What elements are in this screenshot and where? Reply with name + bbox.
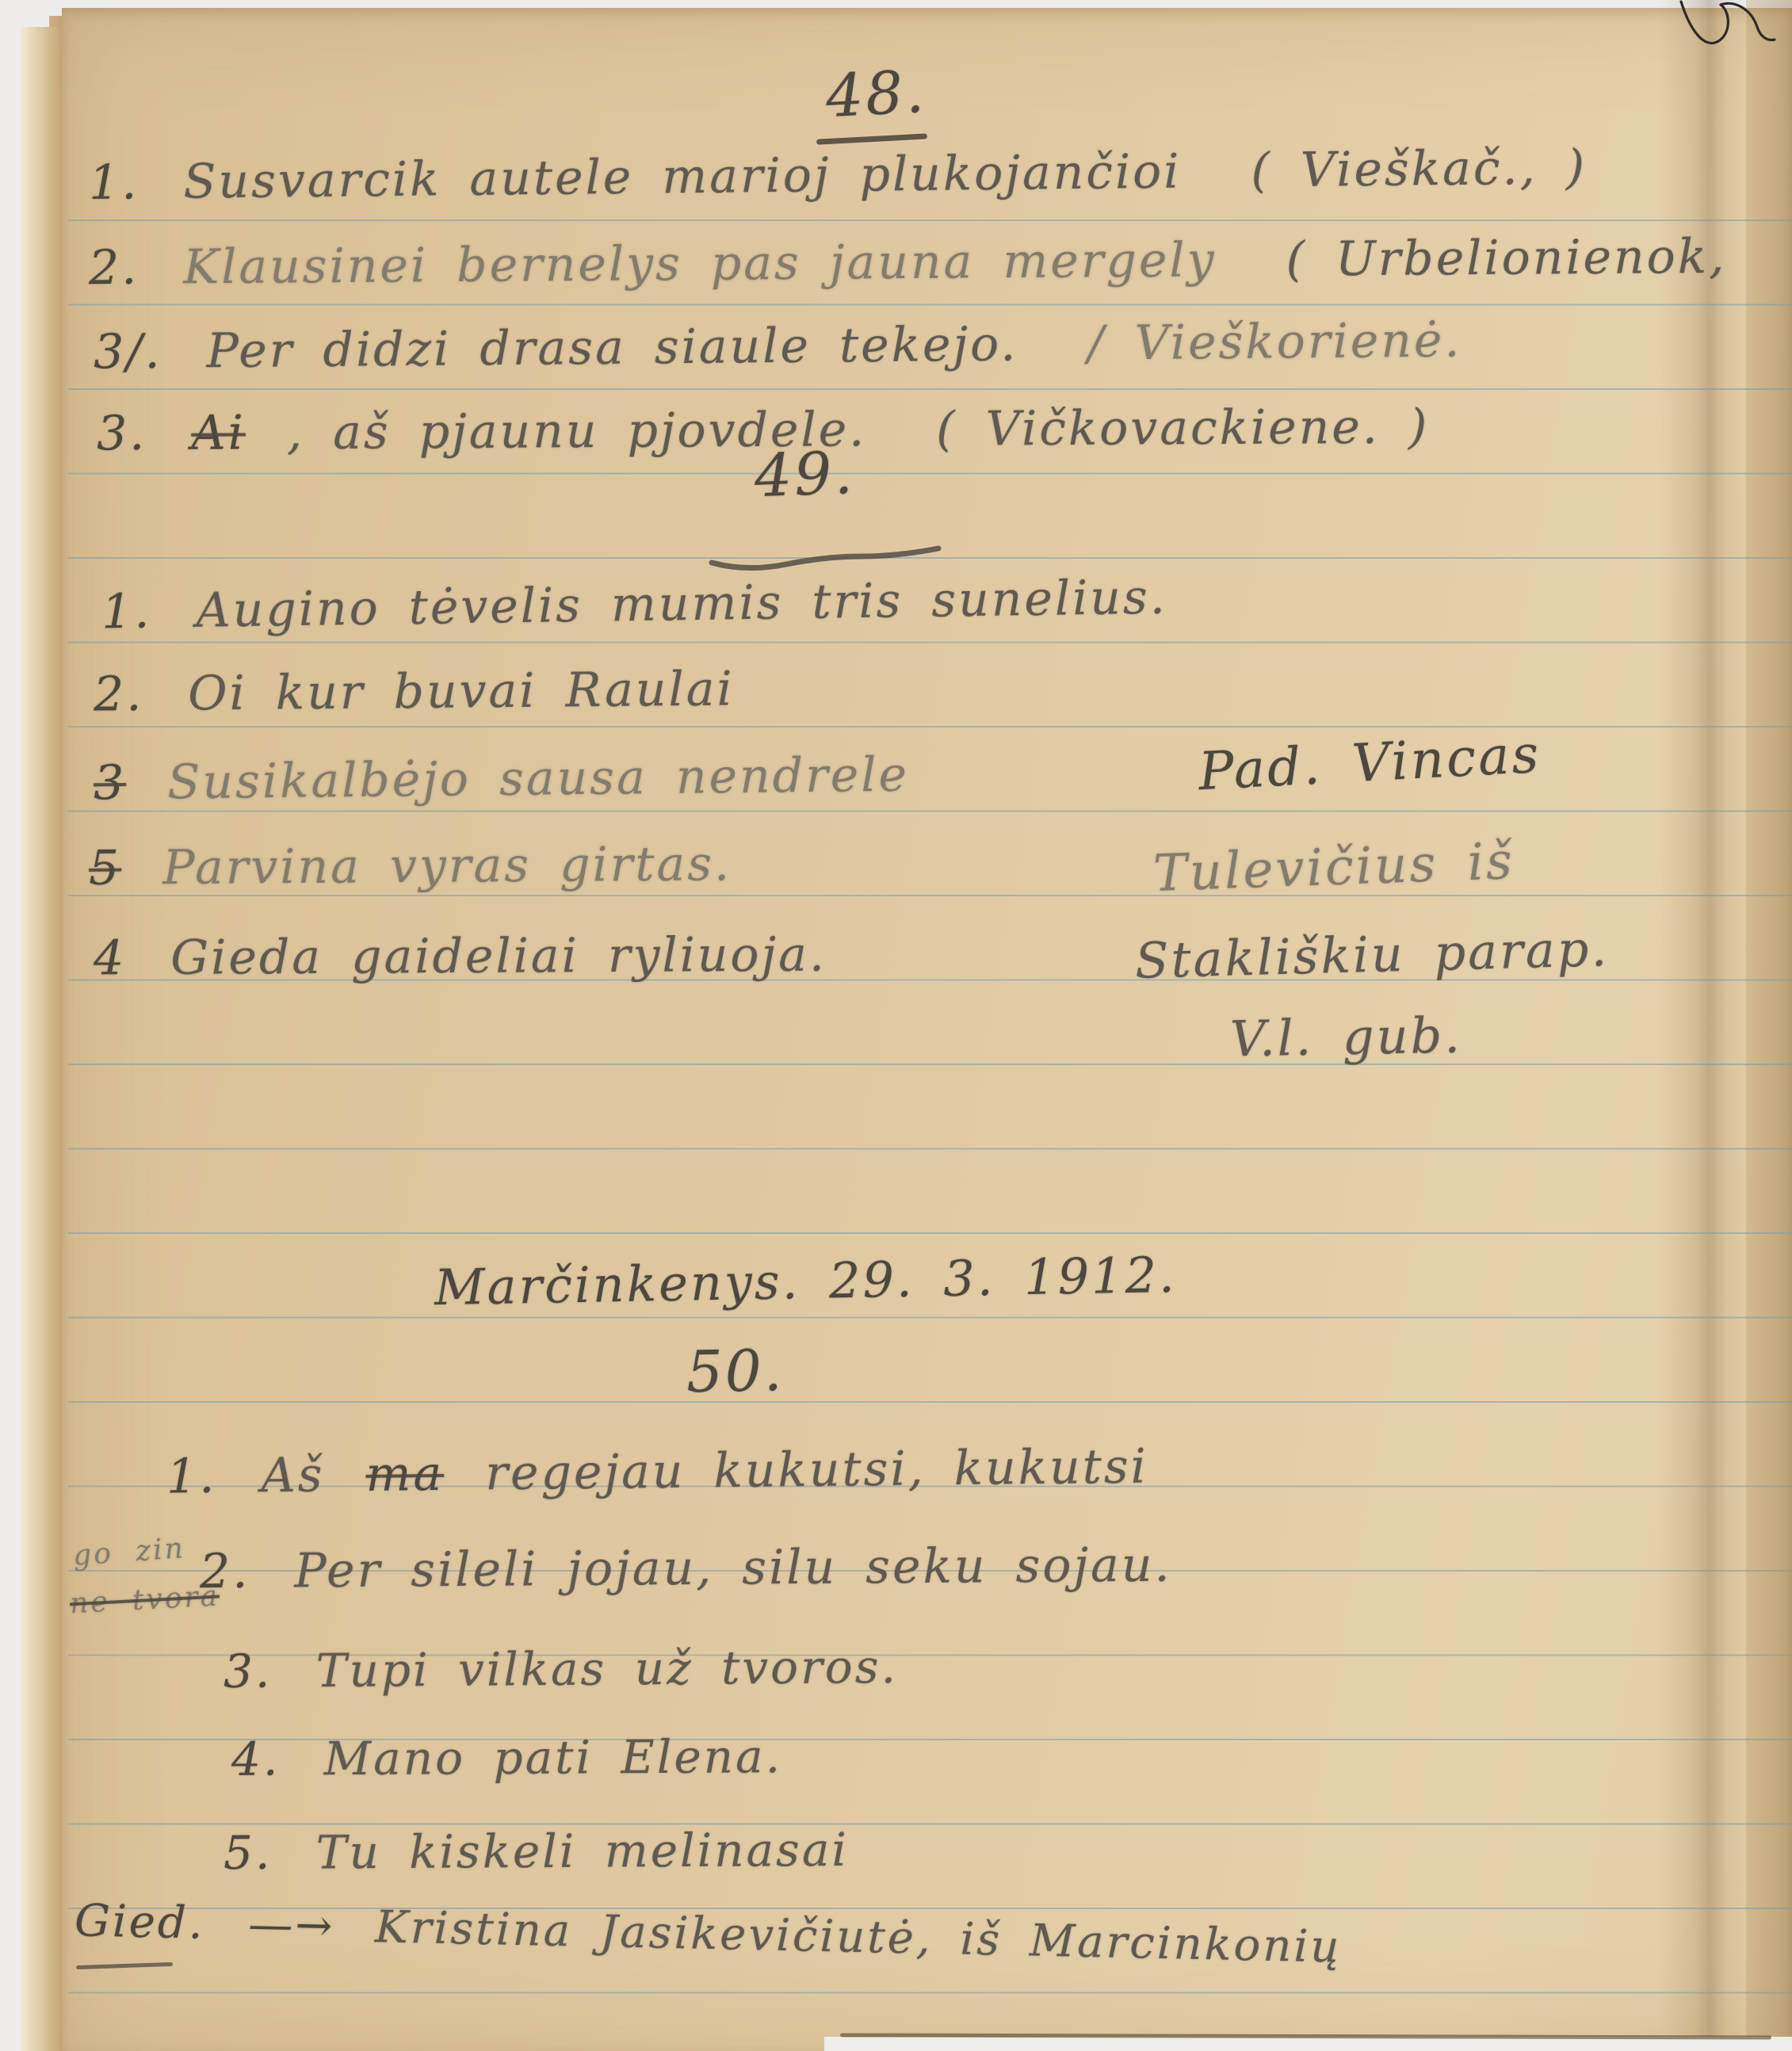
section-number-49: 49.	[754, 439, 857, 510]
wavy-underline	[707, 542, 945, 574]
ruled-lines	[68, 220, 1792, 1995]
item-number: 3.	[224, 1644, 273, 1698]
struck-number: 5	[89, 841, 122, 896]
credit-label: Gied.	[74, 1895, 205, 1949]
item-number: 1.	[166, 1449, 217, 1505]
section-number-50: 50.	[686, 1337, 785, 1405]
page-number-text: 48.	[824, 58, 928, 132]
struck-word: Ai	[191, 405, 246, 460]
item-number: 4.	[231, 1732, 281, 1786]
struck-number: 3	[94, 755, 127, 811]
song-title: Susvarcik autele marioj plukojančioi	[183, 143, 1182, 209]
item-number: 2.	[89, 240, 139, 296]
performer-attribution: ( Vičkovackiene. )	[936, 399, 1429, 457]
song-line: 2. Klausinei bernelys pas jauna mergely …	[89, 229, 1727, 296]
item-number: 1.	[101, 584, 152, 640]
page-number-48: 48.	[824, 58, 928, 132]
song-line: 2. Oi kur buvai Raulai	[94, 661, 735, 722]
item-number: 5.	[224, 1826, 273, 1880]
arrow-glyph: —→	[248, 1899, 335, 1952]
thread-curl	[1675, 0, 1778, 71]
song-word: Aš	[261, 1447, 325, 1503]
page-stack-edge	[21, 27, 65, 2051]
section-number-text: 50.	[686, 1337, 785, 1405]
song-title: Gieda gaideliai ryliuoja.	[170, 927, 827, 986]
song-line: 4. Mano pati Elena.	[231, 1729, 782, 1786]
song-line: 5 Parvina vyras girtas.	[89, 836, 732, 896]
song-line: 5. Tu kiskeli melinasai	[224, 1823, 849, 1880]
song-line: 1. Aš ma regejau kukutsi, kukutsi	[166, 1439, 1148, 1505]
song-title: Susikalbėjo sausa nendrele	[167, 747, 909, 811]
song-title: regejau kukutsi, kukutsi	[485, 1439, 1148, 1502]
notebook-scan: 48. 1. Susvarcik autele marioj plukojanč…	[0, 0, 1792, 2051]
item-number: 4	[94, 930, 127, 986]
song-title: Tupi vilkas už tvoros.	[316, 1640, 899, 1698]
section-number-text: 49.	[754, 439, 857, 510]
song-title: Oi kur buvai Raulai	[188, 661, 735, 721]
song-title: Per didzi drasa siaule tekejo.	[206, 316, 1018, 379]
attribution-line: V.l. gub.	[1229, 1006, 1462, 1068]
song-line: 3. Tupi vilkas už tvoros.	[224, 1640, 898, 1698]
song-title: Per sileli jojau, silu seku sojau.	[294, 1537, 1172, 1599]
item-number: 1.	[89, 155, 139, 211]
attribution-text: V.l. gub.	[1229, 1006, 1462, 1068]
item-number: 2.	[94, 666, 144, 723]
song-line: 3 Susikalbėjo sausa nendrele	[94, 747, 910, 812]
item-number: 3/.	[94, 324, 162, 380]
song-line: 2. Per sileli jojau, silu seku sojau.	[200, 1537, 1172, 1600]
song-line: 4 Gieda gaideliai ryliuoja.	[94, 927, 827, 987]
song-title: Mano pati Elena.	[324, 1729, 783, 1786]
song-title: Tu kiskeli melinasai	[316, 1823, 850, 1880]
song-title: Klausinei bernelys pas jauna mergely	[183, 232, 1217, 295]
performer-attribution: ( Vieškač., )	[1251, 139, 1587, 198]
struck-word: ma	[365, 1446, 444, 1503]
performer-attribution: / Vieškorienė.	[1087, 312, 1462, 371]
performer-attribution: ( Urbelionienok,	[1286, 229, 1726, 288]
item-number: 3.	[97, 406, 147, 461]
song-title: Parvina vyras girtas.	[162, 836, 732, 896]
